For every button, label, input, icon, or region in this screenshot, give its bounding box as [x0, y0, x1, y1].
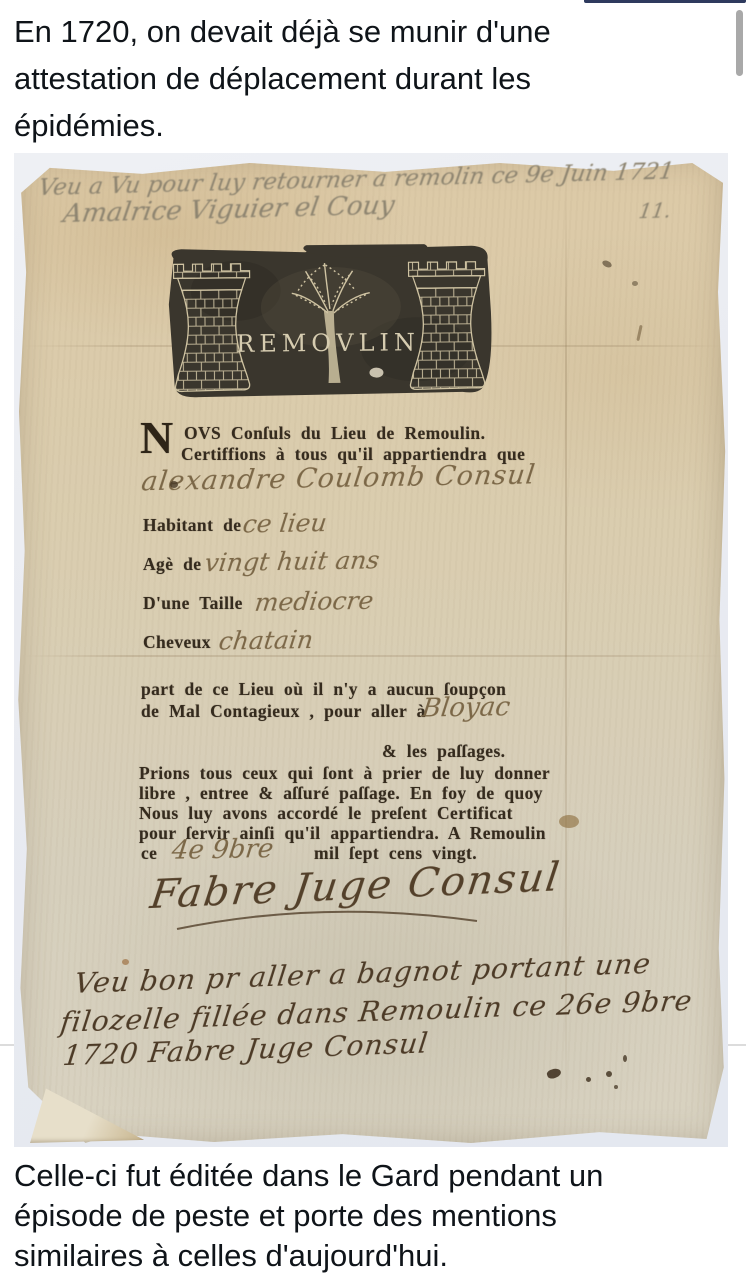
top-edge-element: [584, 0, 746, 3]
town-stamp: REMO VLIN: [165, 244, 493, 399]
printed-date-prefix: ce: [141, 845, 157, 863]
post-headline: En 1720, on devait déjà se munir d'une a…: [14, 8, 730, 149]
handwritten-destination: Bloyac: [420, 692, 512, 724]
printed-clearance-2: de Mal Contagieux , pour aller à: [141, 703, 426, 721]
signature-flourish: [172, 907, 482, 935]
headline-line-3: épidémies.: [14, 102, 730, 149]
field-label: Agè de: [143, 556, 201, 574]
document-photo[interactable]: Veu a Vu pour luy retourner a remolin ce…: [14, 153, 728, 1147]
printed-field-residence: Habitant de ce lieu: [143, 517, 241, 536]
caption-line-3: similaires à celles d'aujourd'hui.: [14, 1236, 730, 1276]
field-value-handwritten: mediocre: [253, 586, 375, 617]
printed-field-height: D'une Taille mediocre: [143, 595, 243, 614]
printed-field-age: Agè de vingt huit ans: [143, 556, 201, 575]
headline-line-1: En 1720, on devait déjà se munir d'une: [14, 8, 730, 55]
printed-dropcap: N: [140, 415, 173, 461]
printed-request-3: Nous luy avons accordé le preſent Certif…: [139, 805, 513, 823]
feed-screen: En 1720, on devait déjà se munir d'une a…: [0, 0, 746, 1285]
field-value-handwritten: ce lieu: [241, 508, 328, 538]
field-label: Habitant de: [143, 517, 241, 535]
scrollbar-thumb[interactable]: [736, 10, 743, 76]
printed-passages: & les paſſages.: [382, 743, 505, 761]
handwritten-top-note-3: 11.: [637, 199, 673, 224]
printed-request-2: libre , entree & aſſuré paſſage. En foy …: [139, 785, 543, 803]
headline-line-2: attestation de déplacement durant les: [14, 55, 730, 102]
caption-line-2: épisode de peste et porte des mentions: [14, 1196, 730, 1236]
printed-heading-1: OVS Conſuls du Lieu de Remoulin.: [184, 425, 485, 443]
stamp-word-right: VLIN: [335, 328, 420, 357]
printed-field-hair: Cheveux chatain: [143, 634, 211, 653]
printed-request-1: Prions tous ceux qui ſont à prier de luy…: [139, 765, 550, 783]
stamp-word-left: REMO: [236, 329, 336, 358]
handwritten-date: 4e 9bre: [170, 834, 275, 866]
caption-line-1: Celle-ci fut éditée dans le Gard pendant…: [14, 1156, 730, 1196]
field-label: Cheveux: [143, 634, 211, 652]
field-value-handwritten: chatain: [217, 625, 315, 656]
field-label: D'une Taille: [143, 595, 243, 613]
post-caption: Celle-ci fut éditée dans le Gard pendant…: [14, 1156, 730, 1276]
field-value-handwritten: vingt huit ans: [203, 545, 381, 577]
